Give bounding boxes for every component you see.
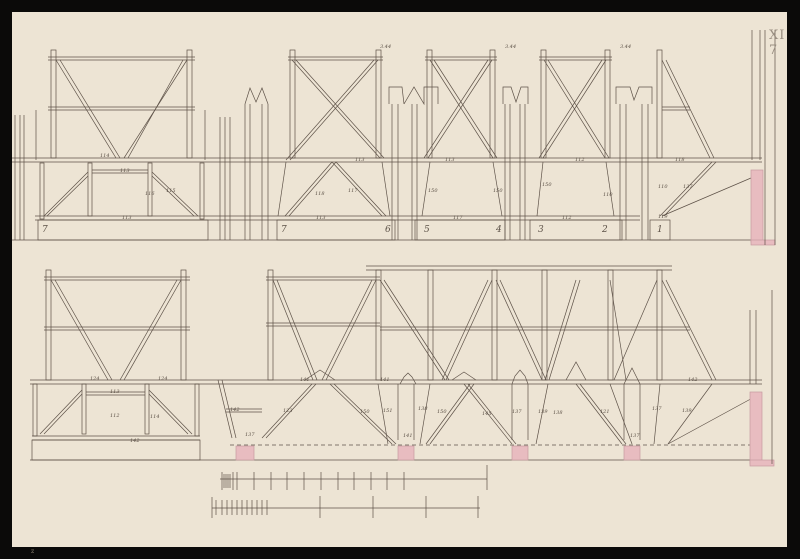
lower-frame-left <box>32 270 200 460</box>
lower-frame-small <box>218 380 262 460</box>
svg-text:137: 137 <box>245 432 255 438</box>
svg-text:142: 142 <box>688 377 698 383</box>
svg-text:6: 6 <box>385 225 391 235</box>
upper-frame-x-3 <box>530 50 622 240</box>
svg-text:7: 7 <box>281 225 287 235</box>
svg-text:150: 150 <box>493 188 503 194</box>
svg-text:137: 137 <box>512 409 522 415</box>
svg-text:114: 114 <box>150 414 160 420</box>
lower-wall-right <box>750 290 774 466</box>
svg-text:141: 141 <box>300 377 310 383</box>
svg-text:141: 141 <box>380 377 390 383</box>
svg-text:118: 118 <box>315 191 325 197</box>
lower-truss-1 <box>262 270 396 444</box>
svg-text:112: 112 <box>562 215 572 221</box>
svg-text:151: 151 <box>383 408 393 414</box>
svg-text:7: 7 <box>42 225 48 235</box>
upper-elevation: 114113 116115 113 118117 113113 113150 1… <box>12 30 775 245</box>
svg-text:123: 123 <box>283 408 293 414</box>
svg-text:3.44: 3.44 <box>505 44 516 50</box>
svg-text:110: 110 <box>603 192 613 198</box>
svg-text:145: 145 <box>482 411 492 417</box>
svg-text:137: 137 <box>630 433 640 439</box>
svg-text:150: 150 <box>428 188 438 194</box>
svg-text:121: 121 <box>600 409 610 415</box>
svg-text:117: 117 <box>453 215 463 221</box>
lower-pier-2 <box>512 370 528 460</box>
lower-truss-3 <box>536 270 758 444</box>
svg-text:114: 114 <box>100 153 110 159</box>
svg-text:113: 113 <box>355 157 365 163</box>
svg-text:113: 113 <box>445 157 455 163</box>
svg-text:138: 138 <box>553 410 563 416</box>
svg-text:2: 2 <box>601 225 608 235</box>
upper-frame-right <box>650 50 758 240</box>
svg-text:113: 113 <box>316 215 326 221</box>
lower-pier-3 <box>624 368 640 460</box>
scale-bars <box>212 465 487 518</box>
upper-pillars-b <box>503 87 528 240</box>
svg-text:113: 113 <box>110 389 120 395</box>
svg-text:137: 137 <box>652 406 662 412</box>
svg-text:112: 112 <box>575 157 585 163</box>
upper-frame-left <box>38 50 208 240</box>
svg-text:141: 141 <box>403 433 413 439</box>
upper-pillars-left <box>15 88 268 240</box>
svg-text:150: 150 <box>542 182 552 188</box>
svg-text:139: 139 <box>682 408 692 414</box>
svg-text:117: 117 <box>348 188 358 194</box>
scale-bar-lower <box>212 496 480 518</box>
svg-text:138: 138 <box>418 406 428 412</box>
svg-text:4: 4 <box>495 225 502 235</box>
lower-truss-2 <box>380 270 690 444</box>
svg-text:142: 142 <box>130 438 140 444</box>
plate-number: XI 7 <box>769 28 787 58</box>
upper-pillars-c <box>616 87 652 240</box>
svg-text:3.44: 3.44 <box>380 44 391 50</box>
svg-text:1: 1 <box>657 225 663 235</box>
svg-text:118: 118 <box>675 157 685 163</box>
upper-frame-x-2 <box>415 50 505 240</box>
svg-text:139: 139 <box>538 409 548 415</box>
corner-mark: z <box>31 548 34 555</box>
svg-text:3: 3 <box>538 225 544 235</box>
svg-text:124: 124 <box>158 376 168 382</box>
svg-text:113: 113 <box>122 215 132 221</box>
timber-scaffolding-elevations: 114113 116115 113 118117 113113 113150 1… <box>12 12 787 547</box>
scale-bar-upper <box>220 465 487 490</box>
drawing-sheet: 114113 116115 113 118117 113113 113150 1… <box>12 12 787 547</box>
lower-pier-1 <box>398 373 416 460</box>
svg-text:110: 110 <box>658 184 668 190</box>
svg-text:115: 115 <box>166 188 176 194</box>
svg-text:3.44: 3.44 <box>620 44 631 50</box>
svg-text:142: 142 <box>230 407 240 413</box>
svg-text:124: 124 <box>90 376 100 382</box>
svg-text:112: 112 <box>110 413 120 419</box>
upper-wall-right <box>751 30 775 245</box>
lower-elevation: 124113 124112114 142142 137141 123150 14… <box>30 266 774 466</box>
svg-text:137: 137 <box>683 184 693 190</box>
upper-pillars-a <box>389 87 438 240</box>
svg-text:116: 116 <box>145 191 155 197</box>
svg-text:5: 5 <box>424 225 430 235</box>
upper-frame-x-1 <box>277 50 395 240</box>
svg-text:119: 119 <box>658 214 668 220</box>
svg-text:150: 150 <box>437 409 447 415</box>
svg-text:150: 150 <box>360 409 370 415</box>
svg-text:113: 113 <box>120 168 130 174</box>
